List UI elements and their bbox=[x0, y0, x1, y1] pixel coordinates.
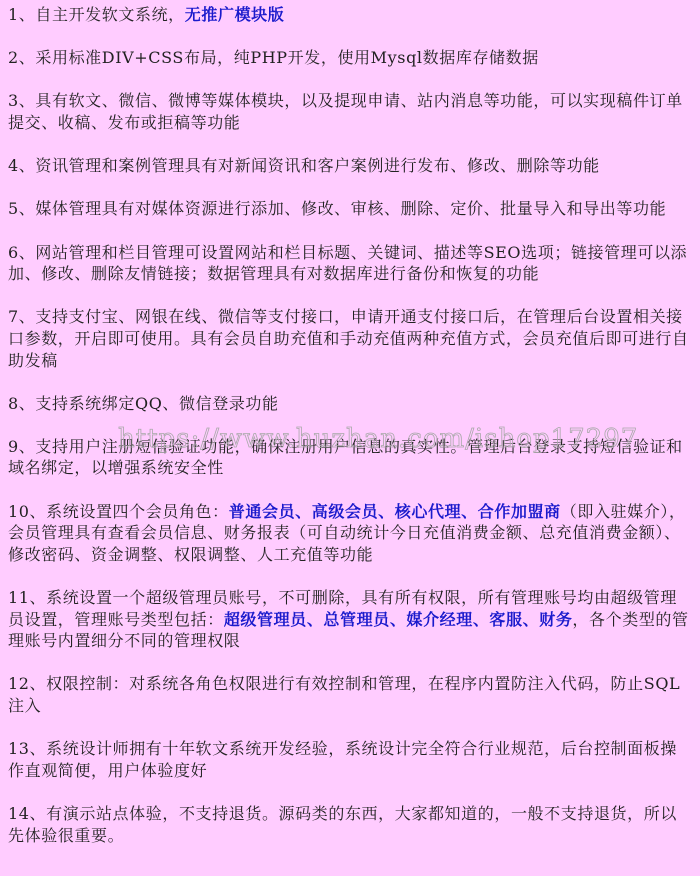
feature-item-8: 8、支持系统绑定QQ、微信登录功能 bbox=[8, 393, 692, 415]
feature-text: 10、系统设置四个会员角色： bbox=[8, 502, 229, 521]
feature-text: 7、支持支付宝、网银在线、微信等支付接口，申请开通支付接口后，在管理后台设置相关… bbox=[8, 307, 689, 369]
feature-text: 9、支持用户注册短信验证功能，确保注册用户信息的真实性。管理后台登录支持短信验证… bbox=[8, 437, 683, 478]
feature-text: 12、权限控制：对系统各角色权限进行有效控制和管理，在程序内置防注入代码，防止S… bbox=[8, 674, 680, 715]
feature-item-2: 2、采用标准DIV+CSS布局，纯PHP开发，使用Mysql数据库存储数据 bbox=[8, 47, 692, 69]
feature-text: 3、具有软文、微信、微博等媒体模块，以及提现申请、站内消息等功能，可以实现稿件订… bbox=[8, 91, 683, 132]
feature-item-12: 12、权限控制：对系统各角色权限进行有效控制和管理，在程序内置防注入代码，防止S… bbox=[8, 673, 692, 716]
member-roles-highlight: 普通会员、高级会员、核心代理、合作加盟商 bbox=[229, 502, 561, 521]
feature-text: 6、网站管理和栏目管理可设置网站和栏目标题、关键词、描述等SEO选项；链接管理可… bbox=[8, 243, 687, 284]
feature-text: 2、采用标准DIV+CSS布局，纯PHP开发，使用Mysql数据库存储数据 bbox=[8, 48, 539, 67]
feature-item-14: 14、有演示站点体验，不支持退货。源码类的东西，大家都知道的，一般不支持退货，所… bbox=[8, 803, 692, 846]
admin-types-highlight: 超级管理员、总管理员、媒介经理、客服、财务 bbox=[224, 610, 573, 629]
feature-text: 13、系统设计师拥有十年软文系统开发经验，系统设计完全符合行业规范，后台控制面板… bbox=[8, 739, 677, 780]
feature-text: 1、自主开发软文系统， bbox=[8, 5, 185, 24]
feature-item-5: 5、媒体管理具有对媒体资源进行添加、修改、审核、删除、定价、批量导入和导出等功能 bbox=[8, 198, 692, 220]
feature-item-11: 11、系统设置一个超级管理员账号，不可删除，具有所有权限，所有管理账号均由超级管… bbox=[8, 587, 692, 652]
feature-item-6: 6、网站管理和栏目管理可设置网站和栏目标题、关键词、描述等SEO选项；链接管理可… bbox=[8, 242, 692, 285]
feature-item-3: 3、具有软文、微信、微博等媒体模块，以及提现申请、站内消息等功能，可以实现稿件订… bbox=[8, 90, 692, 133]
feature-text: 8、支持系统绑定QQ、微信登录功能 bbox=[8, 394, 279, 413]
feature-text: 4、资讯管理和案例管理具有对新闻资讯和客户案例进行发布、修改、删除等功能 bbox=[8, 156, 600, 175]
feature-text: 5、媒体管理具有对媒体资源进行添加、修改、审核、删除、定价、批量导入和导出等功能 bbox=[8, 199, 666, 218]
feature-list: 1、自主开发软文系统，无推广模块版 2、采用标准DIV+CSS布局，纯PHP开发… bbox=[8, 4, 692, 868]
feature-item-13: 13、系统设计师拥有十年软文系统开发经验，系统设计完全符合行业规范，后台控制面板… bbox=[8, 738, 692, 781]
feature-item-1: 1、自主开发软文系统，无推广模块版 bbox=[8, 4, 692, 26]
feature-item-7: 7、支持支付宝、网银在线、微信等支付接口，申请开通支付接口后，在管理后台设置相关… bbox=[8, 306, 692, 371]
feature-item-4: 4、资讯管理和案例管理具有对新闻资讯和客户案例进行发布、修改、删除等功能 bbox=[8, 155, 692, 177]
feature-item-10: 10、系统设置四个会员角色：普通会员、高级会员、核心代理、合作加盟商（即入驻媒介… bbox=[8, 501, 692, 566]
feature-text: 14、有演示站点体验，不支持退货。源码类的东西，大家都知道的，一般不支持退货，所… bbox=[8, 804, 677, 845]
feature-item-9: 9、支持用户注册短信验证功能，确保注册用户信息的真实性。管理后台登录支持短信验证… bbox=[8, 436, 692, 479]
feature-highlight: 无推广模块版 bbox=[185, 5, 285, 24]
